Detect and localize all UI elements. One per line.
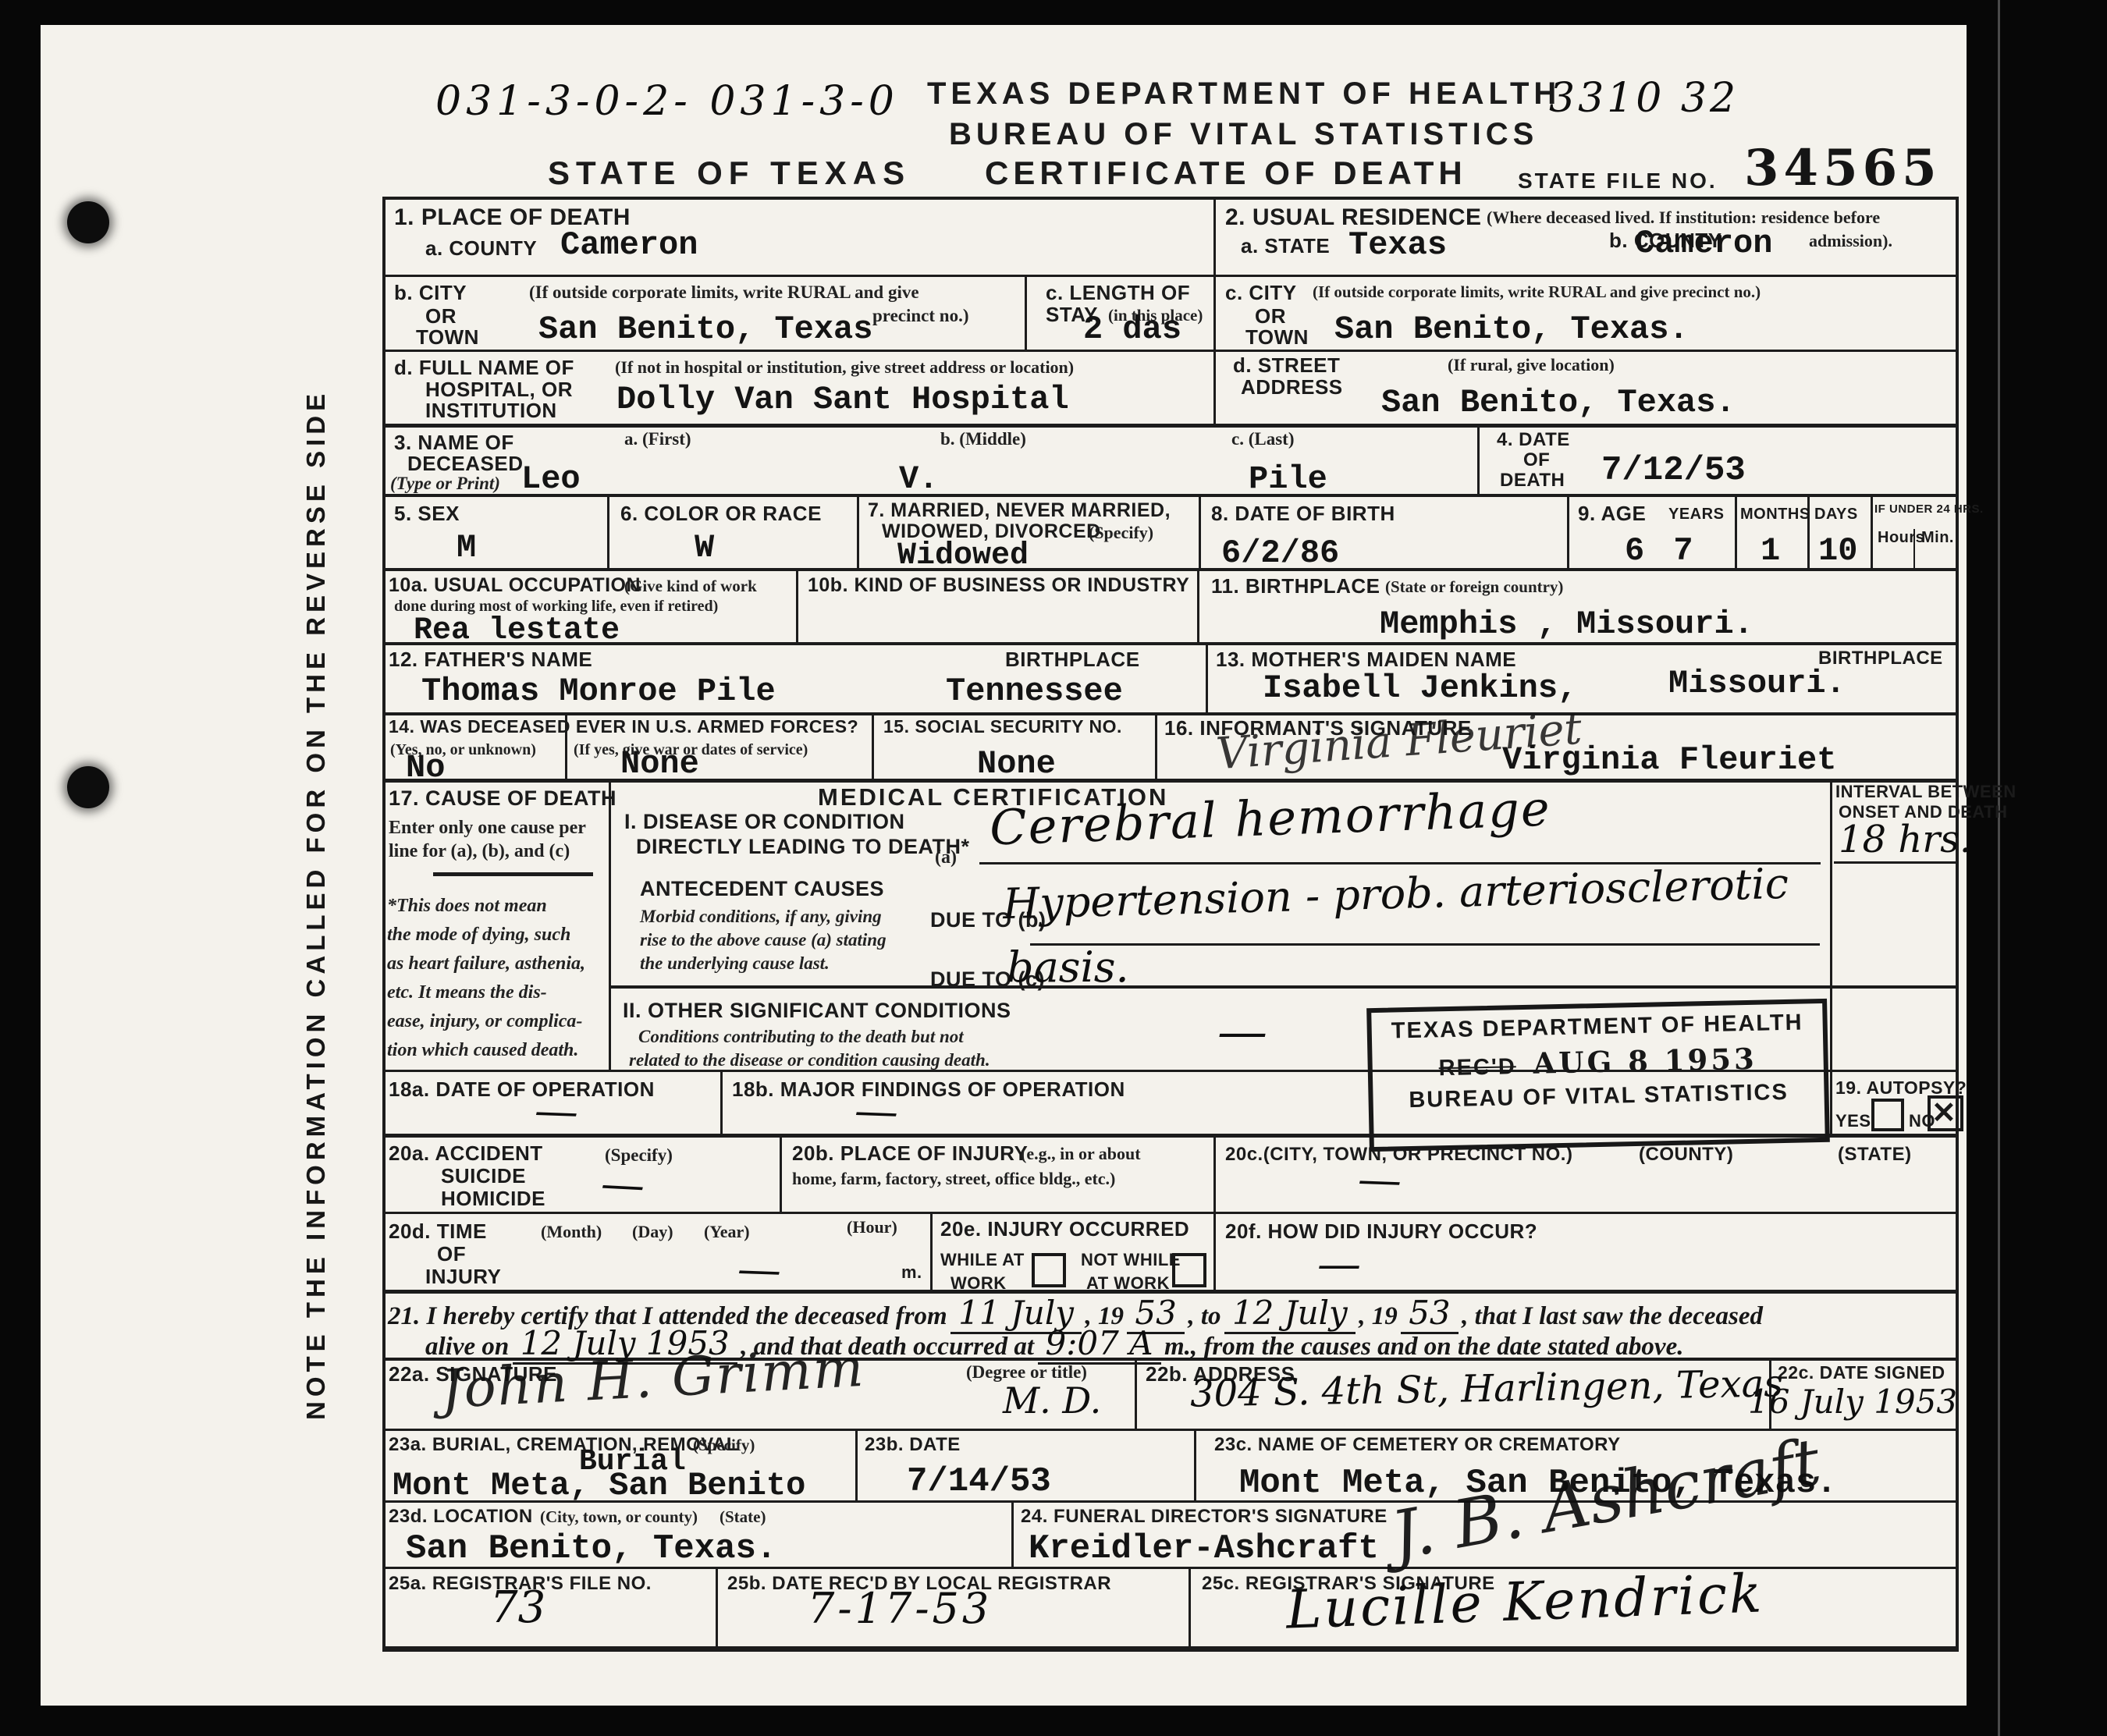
degree-value: M. D.: [1003, 1379, 1101, 1422]
form-line: [1025, 275, 1027, 350]
cause-note2-line: etc. It means the dis-: [387, 982, 547, 1003]
form-line: [382, 197, 1959, 200]
dob-value: 6/2/86: [1221, 534, 1339, 572]
morbid-line: rise to the above cause (a) stating: [640, 930, 887, 950]
film-edge-line: [1998, 0, 2000, 1736]
dod-label: 4. DATE: [1497, 429, 1570, 451]
stamp-line1: TEXAS DEPARTMENT OF HEALTH: [1371, 1010, 1823, 1045]
form-line: [382, 197, 386, 1649]
race-label: 6. COLOR OR RACE: [620, 502, 822, 526]
how-injury-value: —: [1317, 1239, 1361, 1290]
under24-label: IF UNDER 24 HRS.: [1874, 502, 1984, 516]
form-line: [857, 495, 859, 570]
day-hint: (Day): [632, 1222, 673, 1242]
month-hint: (Month): [541, 1222, 602, 1242]
other-conditions-hint2: related to the disease or condition caus…: [629, 1050, 990, 1070]
not-while-label: NOT WHILE: [1081, 1250, 1181, 1270]
mother-birthplace: Missouri.: [1668, 665, 1846, 702]
cause-of-death-label: 17. CAUSE OF DEATH: [389, 786, 616, 811]
stamp-recd: REC'D: [1438, 1054, 1516, 1081]
form-line: [1189, 1568, 1191, 1648]
middle-name: V.: [899, 460, 938, 498]
sex-label: 5. SEX: [394, 502, 460, 526]
form-line: [609, 985, 1959, 989]
date-signed-label: 22c. DATE SIGNED: [1778, 1362, 1945, 1383]
form-line: [716, 1568, 718, 1648]
year-hint: (Year): [704, 1222, 750, 1242]
funeral-director-label: 24. FUNERAL DIRECTOR'S SIGNATURE: [1021, 1506, 1387, 1528]
hours-label: Hours: [1878, 529, 1924, 547]
street-label2: ADDRESS: [1241, 375, 1343, 399]
how-injury-label: 20f. HOW DID INJURY OCCUR?: [1225, 1219, 1537, 1244]
mother-label: 13. MOTHER'S MAIDEN NAME: [1216, 648, 1516, 672]
form-line: [1194, 1430, 1196, 1502]
form-line: [1871, 495, 1873, 570]
entry-underline: [1030, 943, 1820, 946]
res-state-value: Texas: [1348, 226, 1447, 264]
certify-time: 9:07 A: [1038, 1324, 1161, 1365]
state-file-no-label: STATE FILE NO.: [1518, 169, 1718, 193]
age-label: 9. AGE: [1578, 502, 1646, 526]
autopsy-yes-checkbox: [1871, 1099, 1904, 1131]
while-at-work-checkbox: [1032, 1253, 1066, 1287]
sex-value: M: [457, 529, 476, 566]
state-title: STATE OF TEXAS: [548, 154, 911, 192]
autopsy-no-mark: ✕: [1931, 1095, 1956, 1131]
place-of-injury-hint2: home, farm, factory, street, office bldg…: [792, 1169, 1115, 1189]
res-county-value: Cameron: [1635, 225, 1772, 262]
burial-date: 7/14/53: [907, 1462, 1051, 1501]
at-work-label: AT WORK: [1086, 1273, 1170, 1294]
time-of-injury-label2: OF: [437, 1242, 466, 1266]
homicide-label: HOMICIDE: [441, 1187, 545, 1211]
armed-forces-detail: None: [620, 745, 699, 783]
disease-label: I. DISEASE OR CONDITION: [624, 810, 905, 834]
accident-label: 20a. ACCIDENT: [389, 1141, 543, 1166]
time-of-injury-value: —: [737, 1244, 782, 1296]
dob-label: 8. DATE OF BIRTH: [1211, 502, 1395, 526]
res-city-label: c. CITY: [1225, 281, 1297, 305]
res-town-label: TOWN: [1245, 325, 1309, 350]
residence-hint2: admission).: [1809, 231, 1892, 251]
date-of-operation-label: 18a. DATE OF OPERATION: [389, 1077, 655, 1102]
form-line: [607, 495, 609, 570]
autopsy-no-checkbox: ✕: [1928, 1095, 1963, 1131]
accident-value: —: [599, 1159, 645, 1212]
agency-title: TEXAS DEPARTMENT OF HEALTH: [927, 76, 1561, 112]
cause-note2-line: tion which caused death.: [387, 1040, 578, 1061]
months-label: MONTHS: [1740, 506, 1810, 524]
certify-text: m., from the causes and on the date stat…: [1164, 1333, 1683, 1361]
form-line: [382, 424, 1959, 428]
major-findings-value: —: [854, 1085, 899, 1138]
dod-label3: DEATH: [1500, 470, 1565, 492]
place-of-injury-label: 20b. PLACE OF INJURY: [792, 1141, 1028, 1166]
interval-value: 18 hrs.: [1839, 818, 1971, 861]
town-label: TOWN: [416, 325, 479, 350]
form-line: [382, 779, 1959, 783]
hospital-hint: (If not in hospital or institution, give…: [615, 357, 1074, 378]
handwritten-code-left: 031-3-0-2- 031-3-0: [435, 78, 899, 125]
certificate-title: CERTIFICATE OF DEATH: [985, 154, 1467, 192]
funeral-director-typed: Kreidler-Ashcraft: [1029, 1529, 1379, 1568]
while-at-label: WHILE AT: [940, 1250, 1025, 1270]
first-name-label: a. (First): [624, 429, 691, 449]
time-of-injury-label3: INJURY: [425, 1265, 501, 1289]
form-line: [382, 1429, 1959, 1431]
street-hint: (If rural, give location): [1448, 355, 1615, 375]
disease-label2: DIRECTLY LEADING TO DEATH*: [636, 835, 970, 859]
cause-note2-line: as heart failure, asthenia,: [387, 953, 585, 975]
location-hint: (City, town, or county): [540, 1507, 698, 1527]
res-city-value: San Benito, Texas.: [1334, 311, 1689, 348]
street-value: San Benito, Texas.: [1381, 384, 1736, 421]
birthplace-label: 11. BIRTHPLACE: [1211, 574, 1380, 598]
location-value: San Benito, Texas.: [406, 1529, 776, 1568]
days-label: DAYS: [1814, 506, 1858, 524]
age-days: 10: [1818, 532, 1857, 570]
work-label: WORK: [950, 1273, 1007, 1294]
form-line: [930, 1213, 933, 1291]
form-line: [382, 1646, 1959, 1652]
punch-hole: [67, 201, 109, 243]
form-line: [1155, 714, 1157, 780]
race-value: W: [695, 529, 714, 566]
occupation-hint: (Give kind of work: [624, 577, 757, 596]
res-city-hint: (If outside corporate limits, write RURA…: [1313, 282, 1761, 302]
occupation-value: Rea lestate: [414, 613, 620, 648]
form-line: [1011, 1502, 1014, 1568]
form-line: [382, 568, 1959, 571]
min-label: Min.: [1921, 529, 1954, 547]
form-line: [382, 494, 1959, 497]
marital-value: Widowed: [897, 538, 1029, 573]
city-value: San Benito, Texas: [538, 311, 872, 348]
city-label: b. CITY: [394, 281, 467, 305]
location-state-hint: (State): [720, 1507, 766, 1527]
other-conditions-label: II. OTHER SIGNIFICANT CONDITIONS: [623, 999, 1011, 1023]
cause-note1b: line for (a), (b), and (c): [389, 841, 570, 862]
form-line: [1830, 780, 1832, 1135]
res-state-label: a. STATE: [1241, 234, 1330, 258]
mother-name: Isabell Jenkins,: [1263, 669, 1577, 707]
other-conditions-value: —: [1217, 1003, 1267, 1061]
injury-state-label: (STATE): [1838, 1144, 1912, 1166]
date-of-death: 7/12/53: [1601, 451, 1746, 490]
form-line: [872, 714, 874, 780]
not-while-at-work-checkbox: [1172, 1253, 1206, 1287]
father-label: 12. FATHER'S NAME: [389, 648, 592, 672]
time-of-injury-label: 20d. TIME: [389, 1219, 487, 1244]
entry-underline: [1834, 861, 1956, 864]
received-stamp: TEXAS DEPARTMENT OF HEALTH REC'D AUG 8 1…: [1366, 999, 1830, 1152]
marital-label: 7. MARRIED, NEVER MARRIED,: [868, 499, 1171, 522]
injury-county-label: (COUNTY): [1639, 1144, 1733, 1166]
burial-date-label: 23b. DATE: [865, 1434, 961, 1456]
a-tag: (a): [935, 847, 957, 868]
form-line: [1135, 1358, 1137, 1430]
form-line: [609, 780, 611, 1071]
county-label: a. COUNTY: [425, 236, 537, 261]
major-findings-label: 18b. MAJOR FINDINGS OF OPERATION: [732, 1077, 1125, 1102]
birthplace-hint: (State or foreign country): [1385, 577, 1563, 597]
city-hint2: precinct no.): [872, 306, 969, 326]
form-line: [1213, 197, 1216, 425]
last-name-label: c. (Last): [1231, 429, 1294, 449]
ssn-label: 15. SOCIAL SECURITY NO.: [883, 716, 1122, 737]
date-of-operation-value: —: [534, 1085, 579, 1138]
middle-name-label: b. (Middle): [940, 429, 1026, 449]
stamp-line3: BUREAU OF VITAL STATISTICS: [1373, 1079, 1825, 1114]
stay-label: c. LENGTH OF: [1046, 281, 1190, 305]
form-line: [720, 1071, 723, 1135]
dod-label2: OF: [1523, 449, 1550, 471]
reverse-side-note: NOTE THE INFORMATION CALLED FOR ON THE R…: [301, 431, 351, 1420]
form-line: [1567, 495, 1569, 570]
age-months: 1: [1761, 532, 1780, 570]
form-line: [1213, 1135, 1216, 1291]
cause-note2-line: *This does not mean: [387, 896, 547, 917]
form-line: [796, 570, 798, 644]
antecedent-label: ANTECEDENT CAUSES: [640, 877, 884, 901]
form-line: [382, 275, 1959, 277]
marital-hint: (Specify): [1089, 523, 1153, 543]
hospital-label: d. FULL NAME OF: [394, 356, 574, 380]
street-label: d. STREET: [1233, 353, 1340, 378]
form-line: [780, 1135, 782, 1213]
registrar-date: 7-17-53: [808, 1584, 992, 1633]
morbid-line: the underlying cause last.: [640, 953, 830, 974]
burial-place: Mont Meta, San Benito: [393, 1467, 805, 1504]
hour-hint: (Hour): [847, 1217, 897, 1237]
form-line: [382, 350, 1959, 352]
bureau-title: BUREAU OF VITAL STATISTICS: [949, 117, 1538, 152]
m-label: m.: [901, 1262, 922, 1283]
occupation-label: 10a. USUAL OCCUPATION: [389, 574, 641, 597]
handwritten-code-right: 3310 32: [1549, 75, 1739, 122]
father-name: Thomas Monroe Pile: [421, 673, 776, 710]
morbid-line: Morbid conditions, if any, giving: [640, 907, 882, 927]
years-label: YEARS: [1668, 506, 1724, 524]
form-line: [1956, 197, 1959, 1649]
form-line: [1199, 495, 1201, 570]
form-line: [382, 1212, 1959, 1214]
hospital-value: Dolly Van Sant Hospital: [616, 381, 1069, 418]
stay-value: 2 das: [1083, 311, 1181, 348]
cause-note2-line: ease, injury, or complica-: [387, 1011, 582, 1032]
form-line: [1735, 495, 1737, 570]
place-of-injury-hint: (e.g., in or about: [1021, 1144, 1141, 1164]
injury-occurred-label: 20e. INJURY OCCURRED: [940, 1217, 1189, 1241]
form-line: [855, 1430, 858, 1502]
scanned-death-certificate: NOTE THE INFORMATION CALLED FOR ON THE R…: [0, 0, 2107, 1736]
registrar-file-no: 73: [490, 1582, 545, 1633]
name-label2: DECEASED: [407, 452, 523, 476]
form-line: [1206, 644, 1208, 714]
cemetery-label: 23c. NAME OF CEMETERY OR CREMATORY: [1214, 1434, 1621, 1456]
other-conditions-hint: Conditions contributing to the death but…: [638, 1027, 964, 1047]
birthplace-value: Memphis , Missouri.: [1380, 605, 1753, 643]
first-name: Leo: [521, 460, 581, 498]
father-birthplace: Tennessee: [946, 673, 1123, 710]
form-line: [1197, 570, 1199, 644]
hospital-label3: INSTITUTION: [425, 399, 557, 423]
cause-note1a: Enter only one cause per: [389, 818, 586, 839]
state-file-number: 34565: [1744, 139, 1942, 197]
cause-note2-line: the mode of dying, such: [387, 925, 570, 946]
autopsy-yes-label: YES: [1835, 1111, 1871, 1131]
industry-label: 10b. KIND OF BUSINESS OR INDUSTRY: [808, 574, 1189, 597]
date-signed-value: 16 July 1953: [1748, 1383, 1957, 1421]
punch-hole: [67, 766, 109, 808]
county-value: Cameron: [560, 226, 698, 264]
stamp-date: AUG 8 1953: [1533, 1042, 1757, 1081]
form-line: [382, 712, 1959, 715]
armed-forces-label: 14. WAS DECEASED EVER IN U.S. ARMED FORC…: [389, 716, 858, 737]
father-birthplace-label: BIRTHPLACE: [1005, 648, 1140, 672]
form-line: [1477, 425, 1480, 495]
interval-label: INTERVAL BETWEEN: [1835, 782, 2016, 802]
armed-forces-value: No: [406, 749, 445, 786]
name-label3: (Type or Print): [390, 474, 500, 494]
location-label: 23d. LOCATION: [389, 1506, 533, 1528]
note-separator: [433, 872, 593, 876]
last-name: Pile: [1249, 460, 1327, 498]
cause-b-value2: basis.: [1007, 943, 1129, 992]
age-years: 6 7: [1625, 532, 1698, 570]
burial-specify-hint: (Specify): [693, 1436, 755, 1455]
injury-city-value: —: [1357, 1154, 1402, 1206]
suicide-label: SUICIDE: [441, 1164, 526, 1188]
ssn-value: None: [977, 745, 1056, 783]
city-hint: (If outside corporate limits, write RURA…: [529, 282, 919, 303]
